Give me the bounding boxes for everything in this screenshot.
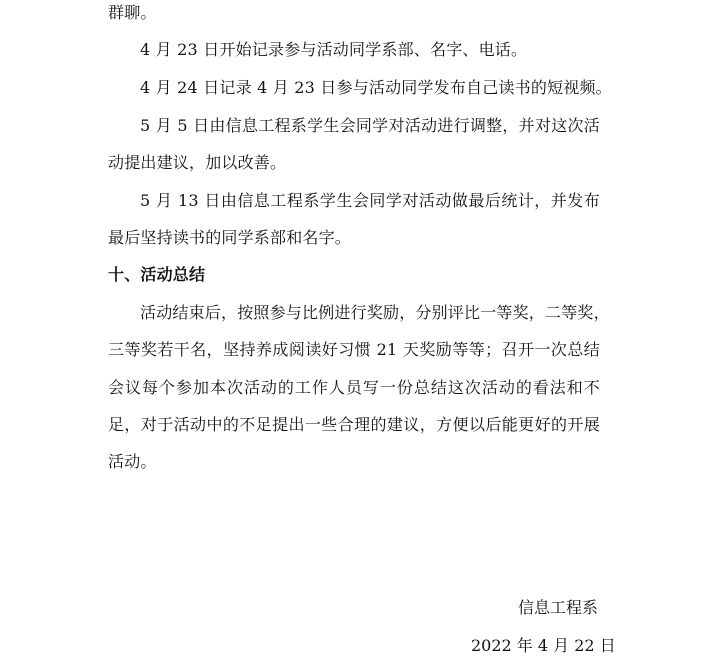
section-heading: 十、活动总结 [108,265,600,285]
paragraph-line: 5 月 13 日由信息工程系学生会同学对活动做最后统计，并发布 [140,191,600,211]
paragraph-line: 4 月 23 日开始记录参与活动同学系部、名字、电话。 [140,40,600,60]
summary-line: 活动。 [108,452,600,472]
paragraph-line: 动提出建议，加以改善。 [108,153,600,173]
summary-line: 会议每个参加本次活动的工作人员写一份总结这次活动的看法和不 [108,378,600,398]
paragraph-line: 群聊。 [108,3,600,23]
paragraph-line: 最后坚持读书的同学系部和名字。 [108,228,600,248]
document-page: 群聊。 4 月 23 日开始记录参与活动同学系部、名字、电话。 4 月 24 日… [0,0,706,660]
summary-line: 活动结束后，按照参与比例进行奖励，分别评比一等奖，二等奖， [140,303,600,323]
signature-date: 2022 年 4 月 22 日 [471,636,616,656]
paragraph-line: 4 月 24 日记录 4 月 23 日参与活动同学发布自己读书的短视频。 [140,78,600,98]
summary-line: 足，对于活动中的不足提出一些合理的建议，方便以后能更好的开展 [108,415,600,435]
paragraph-line: 5 月 5 日由信息工程系学生会同学对活动进行调整，并对这次活 [140,116,600,136]
summary-line: 三等奖若干名，坚持养成阅读好习惯 21 天奖励等等；召开一次总结 [108,340,600,360]
signature-department: 信息工程系 [518,598,598,618]
